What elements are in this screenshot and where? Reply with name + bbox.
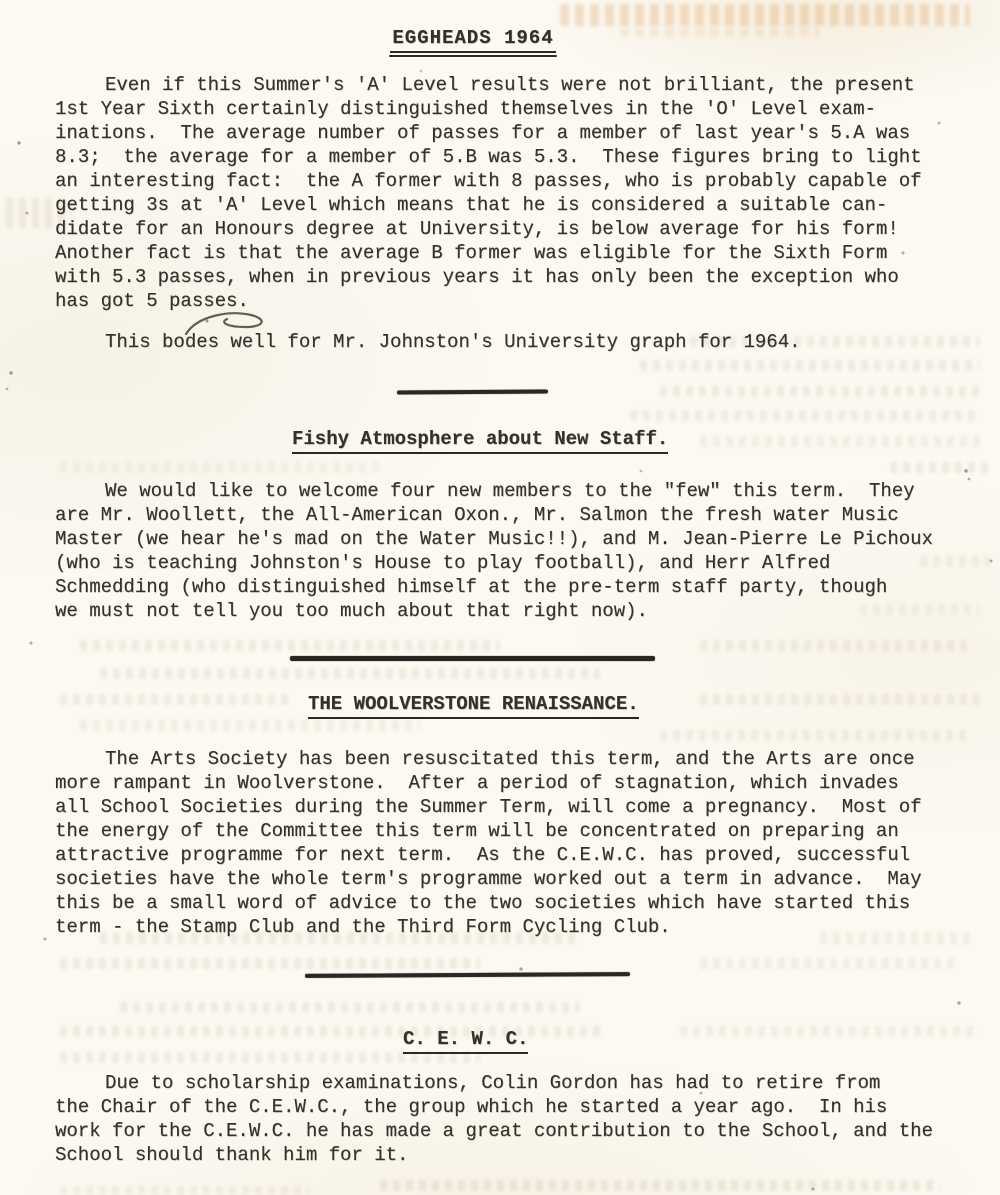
text-line: Another fact is that the average B forme… (55, 241, 955, 265)
bleed-through-ghost (700, 640, 970, 651)
section-heading-cewc: C. E. W. C. (403, 1028, 528, 1054)
text-line: attractive programme for next term. As t… (55, 843, 955, 867)
text-line: with 5.3 passes, when in previous years … (55, 265, 955, 289)
text-line: more rampant in Woolverstone. After a pe… (55, 771, 955, 795)
bleed-through-ghost (120, 1002, 580, 1013)
text-line: getting 3s at 'A' Level which means that… (55, 193, 955, 217)
text-line: didate for an Honours degree at Universi… (55, 217, 955, 241)
bleed-through-ghost (660, 386, 980, 397)
paragraph-arts-society: The Arts Society has been resuscitated t… (55, 747, 955, 939)
text-line: This bodes well for Mr. Johnston's Unive… (55, 330, 955, 354)
ink-speckles (0, 0, 2, 2)
section-heading-woolverstone-renaissance: THE WOOLVERSTONE RENAISSANCE. (308, 693, 639, 719)
text-line: we must not tell you too much about that… (55, 599, 955, 623)
newsletter-scan-page: EGGHEADS 1964 Even if this Summer's 'A' … (0, 0, 1000, 1195)
text-line: 1st Year Sixth certainly distinguished t… (55, 97, 955, 121)
bleed-through-ghost (640, 360, 980, 371)
paragraph-bodes-well: This bodes well for Mr. Johnston's Unive… (55, 330, 955, 354)
text-line: Even if this Summer's 'A' Level results … (55, 73, 955, 97)
bleed-through-ghost (60, 694, 290, 705)
text-line: an interesting fact: the A former with 8… (55, 169, 955, 193)
page-title-text: EGGHEADS 1964 (390, 27, 555, 53)
paragraph-new-staff: We would like to welcome four new member… (55, 479, 955, 623)
bleed-through-ghost (60, 1186, 310, 1195)
bleed-through-ghost (560, 4, 970, 26)
section-heading-fishy-atmosphere: Fishy Atmosphere about New Staff. (292, 428, 668, 454)
bleed-through-ghost (700, 958, 960, 969)
text-line: are Mr. Woollett, the All-American Oxon.… (55, 503, 955, 527)
text-line: inations. The average number of passes f… (55, 121, 955, 145)
bleed-through-ghost (660, 730, 970, 741)
paragraph-exam-results: Even if this Summer's 'A' Level results … (55, 73, 955, 313)
bleed-through-ghost (80, 720, 420, 731)
paragraph-colin-gordon: Due to scholarship examinations, Colin G… (55, 1071, 955, 1167)
text-line: work for the C.E.W.C. he has made a grea… (55, 1119, 955, 1143)
text-line: the Chair of the C.E.W.C., the group whi… (55, 1095, 955, 1119)
text-line: Due to scholarship examinations, Colin G… (55, 1071, 955, 1095)
bleed-through-ghost (700, 436, 980, 447)
bleed-through-ghost (60, 462, 380, 473)
text-line: The Arts Society has been resuscitated t… (55, 747, 955, 771)
text-line: has got 5 passes. (55, 289, 955, 313)
text-line: 8.3; the average for a member of 5.B was… (55, 145, 955, 169)
text-line: We would like to welcome four new member… (55, 479, 955, 503)
text-line: the energy of the Committee this term wi… (55, 819, 955, 843)
text-line: societies have the whole term's programm… (55, 867, 955, 891)
bleed-through-ghost (890, 462, 990, 473)
page-title: EGGHEADS 1964 (0, 27, 946, 53)
bleed-through-ghost (630, 410, 980, 421)
text-line: (who is teaching Johnston's House to pla… (55, 551, 955, 575)
bleed-through-ghost (700, 694, 980, 705)
text-line: all School Societies during the Summer T… (55, 795, 955, 819)
bleed-through-ghost (80, 640, 500, 651)
bleed-through-ghost (680, 1026, 980, 1037)
section-divider (305, 972, 630, 978)
text-line: Schmedding (who distinguished himself at… (55, 575, 955, 599)
bleed-through-ghost (100, 668, 600, 679)
section-divider (397, 389, 548, 394)
text-line: term - the Stamp Club and the Third Form… (55, 915, 955, 939)
text-line: School should thank him for it. (55, 1143, 955, 1167)
section-divider (290, 656, 655, 661)
bleed-through-ghost (380, 1180, 940, 1191)
bleed-through-ghost (60, 958, 480, 969)
text-line: Master (we hear he's mad on the Water Mu… (55, 527, 955, 551)
text-line: this be a small word of advice to the tw… (55, 891, 955, 915)
